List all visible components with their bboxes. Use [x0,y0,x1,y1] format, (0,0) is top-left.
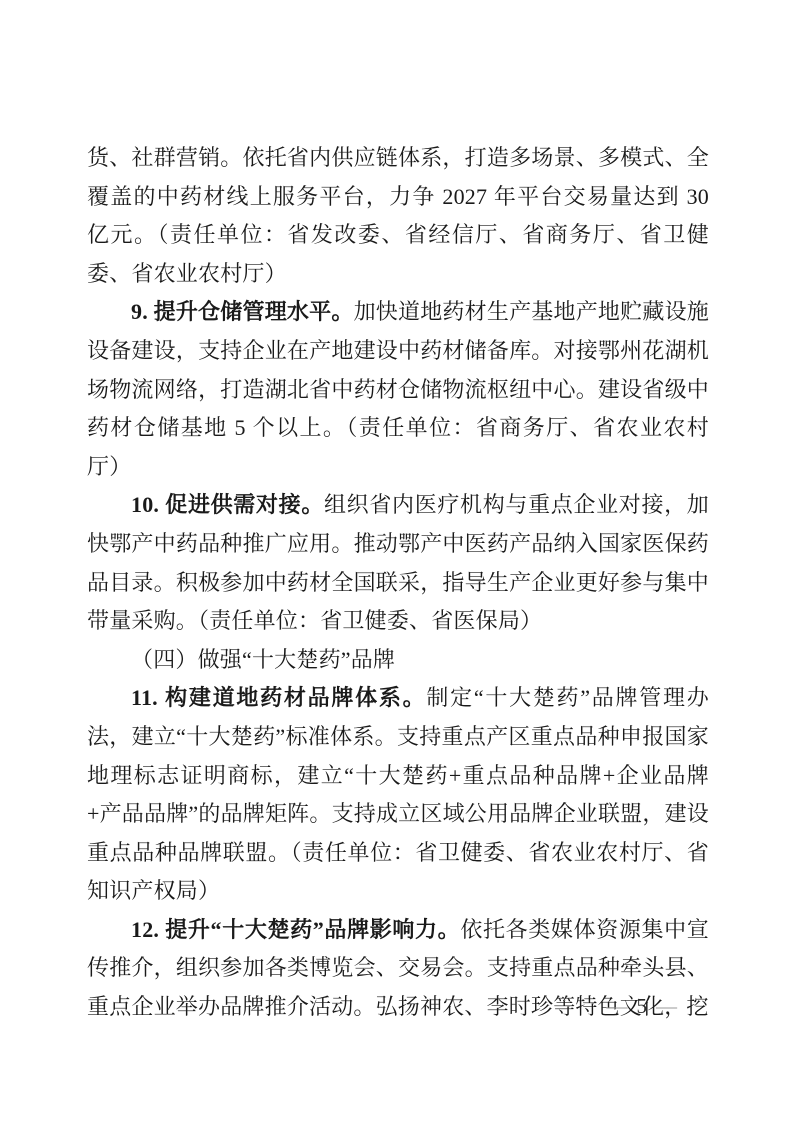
page-number: 5 [637,994,648,1018]
page-footer: —5— [607,994,678,1018]
text-run-kaiti: （责任单位：省卫健委、省医保局） [198,608,542,633]
para-continuation: 货、社群营销。依托省内供应链体系，打造多场景、多模式、全覆盖的中药材线上服务平台… [87,139,709,293]
text-run-body: 制定“十大楚药”品牌管理办法，建立“十大楚药”标准体系。支持重点产区重点品种申报… [87,685,709,864]
para-item-9: 9. 提升仓储管理水平。加快道地药材生产基地产地贮藏设施设备建设，支持企业在产地… [87,293,709,486]
text-run-bold: 11. 构建道地药材品牌体系。 [131,685,426,710]
document-page: 货、社群营销。依托省内供应链体系，打造多场景、多模式、全覆盖的中药材线上服务平台… [0,0,795,1124]
heading-section-4: （四）做强“十大楚药”品牌 [87,641,709,680]
text-run-kaiti: （责任单位：省发改委、省经信厅、省商务厅、省卫健委、省农业农村厅） [87,222,709,286]
text-run-bold: 10. 促进供需对接。 [131,492,324,517]
text-run-bold: 9. 提升仓储管理水平。 [131,299,354,324]
document-body: 货、社群营销。依托省内供应链体系，打造多场景、多模式、全覆盖的中药材线上服务平台… [87,139,709,1027]
footer-dash-left: — [607,994,628,1018]
text-run-kaiti-heading: （四）做强“十大楚药”品牌 [131,647,395,672]
para-item-11: 11. 构建道地药材品牌体系。制定“十大楚药”品牌管理办法，建立“十大楚药”标准… [87,679,709,911]
text-run-bold: 12. 提升“十大楚药”品牌影响力。 [131,917,460,942]
footer-dash-right: — [656,994,677,1018]
para-item-10: 10. 促进供需对接。组织省内医疗机构与重点企业对接，加快鄂产中药品种推广应用。… [87,486,709,640]
